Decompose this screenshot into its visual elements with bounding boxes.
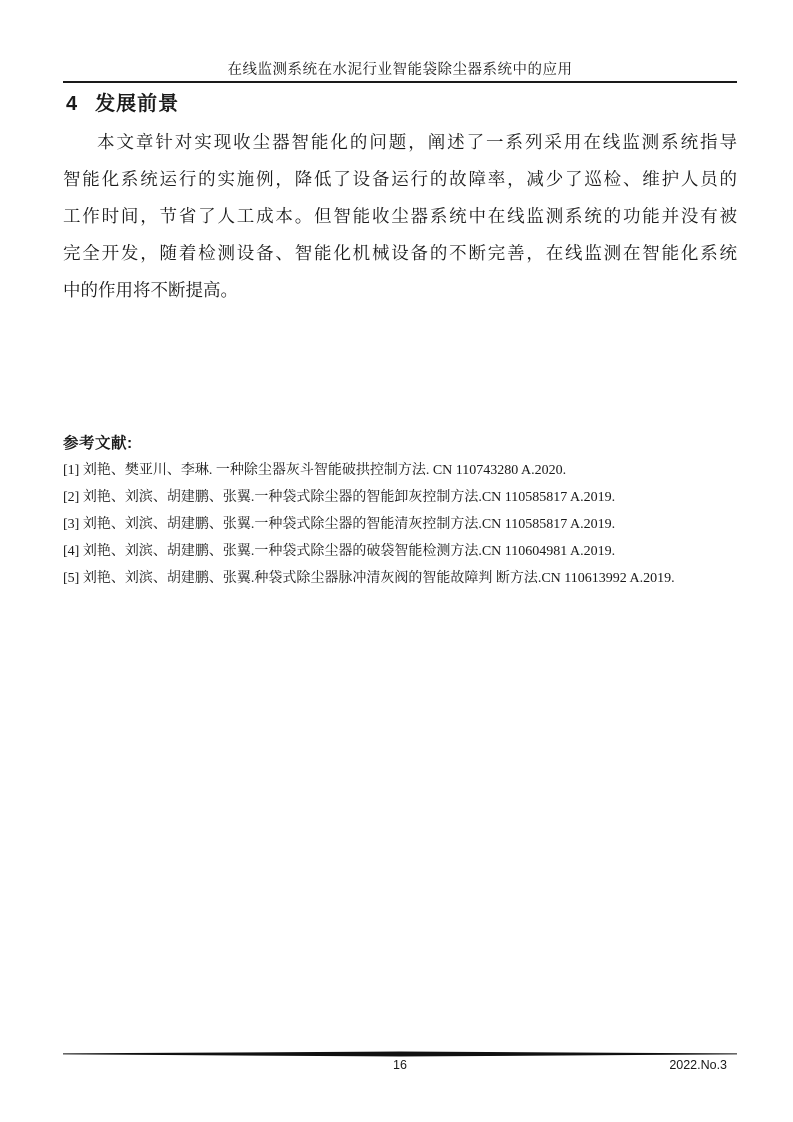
paragraph-line: 本文章针对实现收尘器智能化的问题，阐述了一系列采用在线监测系统指导 bbox=[63, 124, 737, 161]
references-heading: 参考文献: bbox=[63, 433, 737, 455]
reference-item: [3] 刘艳、刘滨、胡建鹏、张翼.一种袋式除尘器的智能清灰控制方法.CN 110… bbox=[63, 511, 737, 538]
paragraph-line: 完全开发，随着检测设备、智能化机械设备的不断完善，在线监测在智能化系统 bbox=[63, 235, 737, 272]
footer-issue-label: 2022.No.3 bbox=[669, 1058, 727, 1072]
paragraph-line: 工作时间，节省了人工成本。但智能收尘器系统中在线监测系统的功能并没有被 bbox=[63, 198, 737, 235]
section-heading: 4 发展前景 bbox=[66, 87, 179, 116]
section-title: 发展前景 bbox=[95, 87, 179, 116]
body-paragraph: 本文章针对实现收尘器智能化的问题，阐述了一系列采用在线监测系统指导 智能化系统运… bbox=[63, 124, 737, 309]
header-rule bbox=[63, 81, 737, 83]
reference-item: [1] 刘艳、樊亚川、李琳. 一种除尘器灰斗智能破拱控制方法. CN 11074… bbox=[63, 457, 737, 484]
paragraph-line: 智能化系统运行的实施例，降低了设备运行的故障率，减少了巡检、维护人员的 bbox=[63, 161, 737, 198]
reference-item: [2] 刘艳、刘滨、胡建鹏、张翼.一种袋式除尘器的智能卸灰控制方法.CN 110… bbox=[63, 484, 737, 511]
footer-rule bbox=[63, 1051, 737, 1057]
references-section: 参考文献: [1] 刘艳、樊亚川、李琳. 一种除尘器灰斗智能破拱控制方法. CN… bbox=[63, 433, 737, 592]
reference-item: [5] 刘艳、刘滨、胡建鹏、张翼.种袋式除尘器脉冲清灰阀的智能故障判 断方法.C… bbox=[63, 565, 737, 592]
reference-item: [4] 刘艳、刘滨、胡建鹏、张翼.一种袋式除尘器的破袋智能检测方法.CN 110… bbox=[63, 538, 737, 565]
section-number: 4 bbox=[66, 93, 78, 116]
footer-page-number: 16 bbox=[63, 1058, 737, 1072]
paragraph-line: 中的作用将不断提高。 bbox=[63, 272, 737, 309]
document-page: 在线监测系统在水泥行业智能袋除尘器系统中的应用 4 发展前景 本文章针对实现收尘… bbox=[0, 0, 793, 1122]
running-header-title: 在线监测系统在水泥行业智能袋除尘器系统中的应用 bbox=[63, 58, 737, 79]
